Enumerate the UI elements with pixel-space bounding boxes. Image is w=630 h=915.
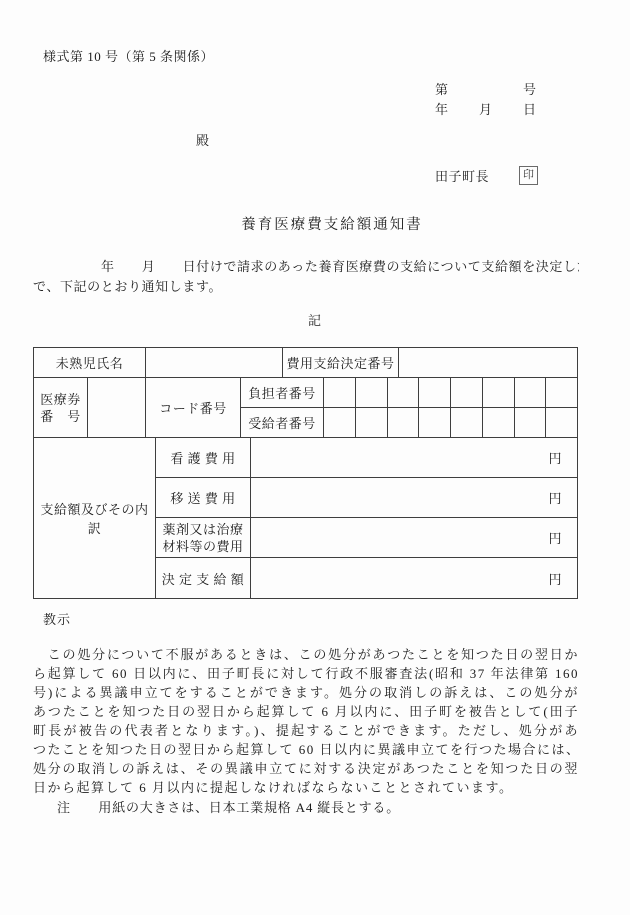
addressee-honorific: 殿 — [196, 130, 209, 149]
date-year-label: 年 — [435, 99, 448, 118]
document-number-suffix: 号 — [523, 79, 536, 98]
digit-cell — [515, 408, 547, 437]
digit-cell — [356, 378, 388, 407]
digit-cell — [388, 378, 420, 407]
notice-paragraph: この処分について不服があるときは、この処分があつたことを知つた日の翌日か ら起算… — [33, 645, 579, 797]
infant-name-field — [146, 348, 283, 377]
date-day-label: 日 — [523, 99, 536, 118]
date-month-label: 月 — [479, 99, 492, 118]
digit-cell — [546, 378, 577, 407]
notice-line: あつたことを知つた日の翌日から起算して 6 月以内に、田子町を被告として(田子 — [33, 702, 579, 721]
paper-size-note: 注 用紙の大きさは、日本工業規格 A4 縦長とする。 — [57, 797, 400, 816]
digit-cell — [388, 408, 420, 437]
medical-ticket-field — [88, 378, 146, 437]
digit-cell — [451, 378, 483, 407]
cost-amount-field: 円 — [251, 558, 577, 598]
digit-cell — [356, 408, 388, 437]
notice-line: 日から起算して 6 月以内に提起しなければならないこととされています。 — [33, 778, 579, 797]
code-number-label: コード番号 — [146, 378, 241, 437]
notice-line: この処分について不服があるときは、この処分があつたことを知つた日の翌日か — [33, 645, 579, 664]
benefit-table: 未熟児氏名 費用支給決定番号 医療券 番 号 コード番号 負担者番号 — [33, 347, 578, 599]
payer-number-row: 負担者番号 — [241, 378, 577, 408]
notice-line: つたことを知つた日の翌日から起算して 60 日以内に異議申立てを行つた場合には、 — [33, 740, 579, 759]
document-number-prefix: 第 — [435, 79, 448, 98]
medical-ticket-label: 医療券 番 号 — [34, 378, 88, 437]
cost-row-nursing: 看 護 費 用 円 — [156, 438, 577, 478]
document-title: 養育医療費支給額通知書 — [0, 213, 630, 234]
breakdown-label: 支給額及びその内訳 — [34, 438, 156, 598]
document-page: 様式第 10 号（第 5 条関係） 第 号 年 月 日 殿 田子町長 印 養育医… — [0, 0, 630, 915]
form-number: 様式第 10 号（第 5 条関係） — [43, 46, 214, 65]
digit-cell — [483, 408, 515, 437]
digit-cell — [324, 408, 356, 437]
cost-amount-field: 円 — [251, 518, 577, 557]
digit-cell — [419, 408, 451, 437]
notice-heading: 教示 — [43, 609, 71, 628]
issuer-title: 田子町長 — [435, 166, 489, 185]
cost-label: 決 定 支 給 額 — [156, 558, 251, 598]
notice-line: 処分の取消しの訴えは、その異議申立てに対する決定があつたことを知つた日の翌 — [33, 759, 579, 778]
cost-label: 移 送 費 用 — [156, 478, 251, 517]
table-row-codes: 医療券 番 号 コード番号 負担者番号 — [34, 378, 577, 438]
cost-label: 看 護 費 用 — [156, 438, 251, 477]
digit-cell — [546, 408, 577, 437]
cost-row-transport: 移 送 費 用 円 — [156, 478, 577, 518]
infant-name-label: 未熟児氏名 — [34, 348, 146, 377]
digit-cell — [483, 378, 515, 407]
cost-row-decided-amount: 決 定 支 給 額 円 — [156, 558, 577, 598]
decision-number-field — [399, 348, 577, 377]
payer-number-label: 負担者番号 — [241, 378, 324, 407]
document-number-line: 第 号 — [435, 79, 536, 98]
section-marker: 記 — [0, 310, 630, 329]
cost-row-medicine: 薬剤又は治療 材料等の費用 円 — [156, 518, 577, 558]
payer-number-digits — [324, 378, 577, 407]
decision-number-label: 費用支給決定番号 — [283, 348, 399, 377]
body-paragraph: 年 月 日付けで請求のあった養育医療費の支給について支給額を決定したの で、下記… — [33, 257, 579, 297]
cost-label: 薬剤又は治療 材料等の費用 — [156, 518, 251, 557]
digit-cell — [419, 378, 451, 407]
digit-cell — [515, 378, 547, 407]
breakdown-grid: 看 護 費 用 円 移 送 費 用 円 薬剤又は治療 材料等の費用 円 決 定 … — [156, 438, 577, 598]
cost-amount-field: 円 — [251, 438, 577, 477]
seal-placeholder: 印 — [519, 166, 538, 185]
table-row-header: 未熟児氏名 費用支給決定番号 — [34, 348, 577, 378]
recipient-number-label: 受給者番号 — [241, 408, 324, 437]
recipient-number-digits — [324, 408, 577, 437]
date-line: 年 月 日 — [435, 99, 536, 118]
table-row-breakdown: 支給額及びその内訳 看 護 費 用 円 移 送 費 用 円 薬剤又は治療 材料等… — [34, 438, 577, 598]
notice-line: 号)による異議申立てをすることができます。処分の取消しの訴えは、この処分が — [33, 683, 579, 702]
body-line: 年 月 日付けで請求のあった養育医療費の支給について支給額を決定したの — [33, 257, 579, 277]
notice-line: ら起算して 60 日以内に、田子町長に対して行政不服審査法(昭和 37 年法律第… — [33, 664, 579, 683]
cost-amount-field: 円 — [251, 478, 577, 517]
recipient-number-row: 受給者番号 — [241, 408, 577, 437]
digit-cell — [451, 408, 483, 437]
code-number-grid: 負担者番号 受給者番号 — [241, 378, 577, 437]
notice-line: 町長が被告の代表者となります。)、提起することができます。ただし、処分があ — [33, 721, 579, 740]
digit-cell — [324, 378, 356, 407]
body-line: で、下記のとおり通知します。 — [33, 277, 579, 297]
issuer-row: 田子町長 印 — [435, 166, 545, 185]
